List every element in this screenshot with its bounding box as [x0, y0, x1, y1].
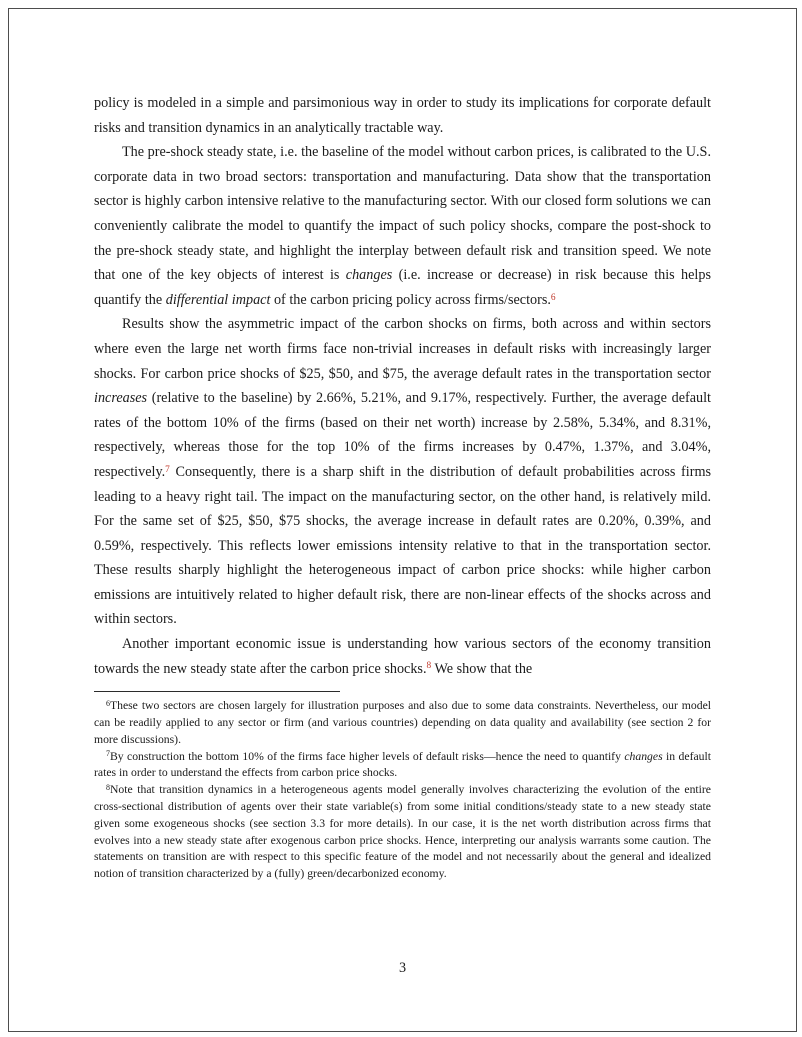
paragraph: policy is modeled in a simple and parsim…: [94, 91, 711, 140]
paragraph: Another important economic issue is unde…: [94, 632, 711, 681]
footnote-ref-7[interactable]: 7: [165, 465, 170, 475]
page-number: 3: [94, 960, 711, 977]
paragraph: Results show the asymmetric impact of th…: [94, 312, 711, 632]
footnote-6: 6These two sectors are chosen largely fo…: [94, 698, 711, 748]
text-run: Another important economic issue is unde…: [94, 636, 711, 677]
footnote-rule: [94, 691, 340, 692]
footnote-ref-6[interactable]: 6: [551, 293, 556, 303]
text-run: of the carbon pricing policy across firm…: [270, 292, 551, 308]
text-run: Results show the asymmetric impact of th…: [94, 316, 711, 381]
text-run: We show that the: [431, 661, 532, 677]
text-run: increases: [94, 390, 147, 406]
footnote-marker: 8: [106, 783, 110, 792]
footnotes: 6These two sectors are chosen largely fo…: [94, 698, 711, 883]
page-content: policy is modeled in a simple and parsim…: [94, 91, 711, 883]
text-run: The pre-shock steady state, i.e. the bas…: [94, 144, 711, 283]
footnote-ref-8[interactable]: 8: [427, 661, 432, 671]
footnote-8: 8Note that transition dynamics in a hete…: [94, 782, 711, 883]
text-run: changes: [624, 750, 662, 763]
text-run: Consequently, there is a sharp shift in …: [94, 464, 711, 628]
footnote-7: 7By construction the bottom 10% of the f…: [94, 749, 711, 783]
text-run: These two sectors are chosen largely for…: [94, 699, 711, 746]
text-run: Note that transition dynamics in a heter…: [94, 783, 711, 880]
body-text: policy is modeled in a simple and parsim…: [94, 91, 711, 681]
text-run: changes: [346, 267, 393, 283]
paragraph: The pre-shock steady state, i.e. the bas…: [94, 140, 711, 312]
text-run: differential impact: [166, 292, 271, 308]
footnote-marker: 7: [106, 749, 110, 758]
footnote-marker: 6: [106, 699, 110, 708]
text-run: policy is modeled in a simple and parsim…: [94, 95, 711, 136]
text-run: By construction the bottom 10% of the fi…: [110, 750, 624, 763]
document-page: policy is modeled in a simple and parsim…: [0, 0, 802, 1037]
